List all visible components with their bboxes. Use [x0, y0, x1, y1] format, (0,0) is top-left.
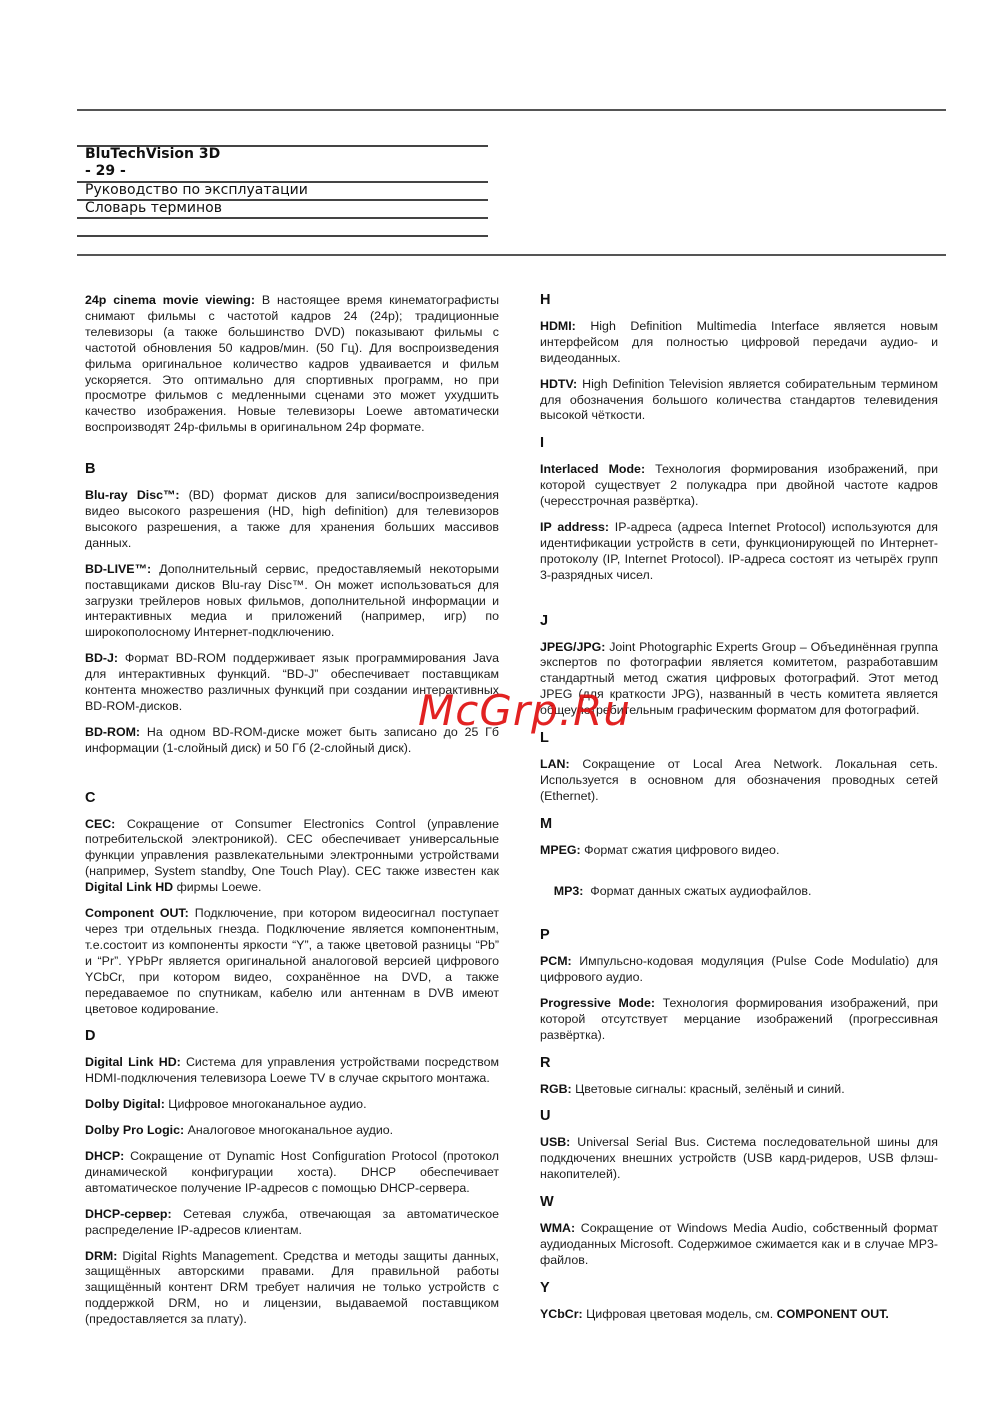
- glossary-term: BD-LIVE™:: [85, 562, 151, 576]
- glossary-term: JPEG/JPG:: [540, 640, 605, 654]
- glossary-entry: DHCP-сервер: Сетевая служба, отвечающая …: [85, 1207, 499, 1239]
- glossary-entry: IP address: IP-адреса (адреса Internet P…: [540, 520, 938, 584]
- watermark-logo: McGrp.Ru: [418, 686, 631, 735]
- glossary-crossref: COMPONENT OUT.: [777, 1307, 889, 1321]
- glossary-term: DHCP-сервер:: [85, 1207, 172, 1221]
- glossary-term: YCbCr:: [540, 1307, 583, 1321]
- glossary-term: RGB:: [540, 1082, 572, 1096]
- glossary-term: Digital Link HD:: [85, 1055, 181, 1069]
- top-rule: [77, 109, 946, 111]
- glossary-term: Component OUT:: [85, 906, 189, 920]
- glossary-entry: MPEG: Формат сжатия цифрового видео.: [540, 843, 938, 859]
- glossary-definition: Формат данных сжатых аудиофайлов.: [583, 884, 811, 898]
- glossary-definition: Сокращение от Dynamic Host Configuration…: [85, 1149, 499, 1195]
- glossary-entry: USB: Universal Serial Bus. Система после…: [540, 1135, 938, 1183]
- glossary-definition: Digital Rights Management. Средства и ме…: [85, 1249, 499, 1327]
- glossary-entry: Digital Link HD: Система для управления …: [85, 1055, 499, 1087]
- left-column: 24p cinema movie viewing: В настоящее вр…: [85, 293, 499, 1328]
- glossary-entry: Blu-ray Disc™: (BD) формат дисков для за…: [85, 488, 499, 552]
- glossary-entry: Component OUT: Подключение, при котором …: [85, 906, 499, 1017]
- letter-heading-b: B: [85, 462, 499, 478]
- glossary-term: HDMI:: [540, 319, 576, 333]
- glossary-entry: CEC: Сокращение от Consumer Electronics …: [85, 817, 499, 897]
- glossary-definition: Сокращение от Windows Media Audio, собст…: [540, 1221, 938, 1267]
- glossary-definition: Импульсно-кодовая модуляция (Pulse Code …: [540, 954, 938, 984]
- letter-heading-h: H: [540, 293, 938, 309]
- glossary-definition: Сокращение от Local Area Network. Локаль…: [540, 757, 938, 803]
- header-bottom-rule: [77, 254, 946, 256]
- glossary-term: MPEG:: [540, 843, 581, 857]
- glossary-term: WMA:: [540, 1221, 575, 1235]
- section-title: Словарь терминов: [85, 200, 222, 217]
- letter-heading-y: Y: [540, 1281, 938, 1297]
- glossary-term: USB:: [540, 1135, 570, 1149]
- glossary-entry: DRM: Digital Rights Management. Средства…: [85, 1249, 499, 1329]
- glossary-crossref: Digital Link HD: [85, 880, 173, 894]
- letter-heading-u: U: [540, 1109, 938, 1125]
- glossary-definition-tail: фирмы Loewe.: [173, 880, 261, 894]
- glossary-entry: HDTV: High Definition Television являетс…: [540, 377, 938, 425]
- glossary-term: CEC:: [85, 817, 115, 831]
- glossary-definition: Цифровое многоканальное аудио.: [165, 1097, 367, 1111]
- glossary-term: LAN:: [540, 757, 570, 771]
- glossary-term: Interlaced Mode:: [540, 462, 645, 476]
- glossary-entry: Interlaced Mode: Технология формирования…: [540, 462, 938, 510]
- glossary-definition: Формат сжатия цифрового видео.: [581, 843, 780, 857]
- letter-heading-c: C: [85, 791, 499, 807]
- glossary-entry: HDMI: High Definition Multimedia Interfa…: [540, 319, 938, 367]
- glossary-term: DHCP:: [85, 1149, 124, 1163]
- glossary-term: MP3:: [554, 884, 584, 898]
- glossary-entry: Progressive Mode: Технология формировани…: [540, 996, 938, 1044]
- glossary-entry: YCbCr: Цифровая цветовая модель, см. COM…: [540, 1307, 938, 1323]
- glossary-term: Blu-ray Disc™:: [85, 488, 180, 502]
- glossary-term: BD-J:: [85, 651, 118, 665]
- glossary-term: Dolby Pro Logic:: [85, 1123, 184, 1137]
- product-name: BluTechVision 3D: [85, 146, 220, 163]
- glossary-definition: High Definition Television является соби…: [540, 377, 938, 423]
- glossary-entry: PCM: Импульсно-кодовая модуляция (Pulse …: [540, 954, 938, 986]
- glossary-term: Dolby Digital:: [85, 1097, 165, 1111]
- glossary-entry: Dolby Pro Logic: Аналоговое многоканальн…: [85, 1123, 499, 1139]
- glossary-entry: DHCP: Сокращение от Dynamic Host Configu…: [85, 1149, 499, 1197]
- glossary-entry: BD-LIVE™: Дополнительный сервис, предост…: [85, 562, 499, 642]
- glossary-definition: Аналоговое многоканальное аудио.: [184, 1123, 393, 1137]
- letter-heading-p: P: [540, 928, 938, 944]
- glossary-term: Progressive Mode:: [540, 996, 655, 1010]
- glossary-entry: LAN: Сокращение от Local Area Network. Л…: [540, 757, 938, 805]
- letter-heading-d: D: [85, 1029, 499, 1045]
- letter-heading-w: W: [540, 1195, 938, 1211]
- glossary-definition: High Definition Multimedia Interface явл…: [540, 319, 938, 365]
- letter-heading-i: I: [540, 436, 938, 452]
- letter-heading-j: J: [540, 614, 938, 630]
- glossary-term: PCM:: [540, 954, 572, 968]
- glossary-term: DRM:: [85, 1249, 117, 1263]
- glossary-definition: Цифровая цветовая модель, см.: [583, 1307, 777, 1321]
- glossary-definition: В настоящее время кинематографисты снима…: [85, 293, 499, 434]
- glossary-term: IP address:: [540, 520, 609, 534]
- glossary-entry: RGB: Цветовые сигналы: красный, зелёный …: [540, 1082, 938, 1098]
- glossary-entry: Dolby Digital: Цифровое многоканальное а…: [85, 1097, 499, 1113]
- glossary-entry: WMA: Сокращение от Windows Media Audio, …: [540, 1221, 938, 1269]
- letter-heading-r: R: [540, 1056, 938, 1072]
- glossary-term: 24p cinema movie viewing:: [85, 293, 255, 307]
- header-rule: [77, 235, 488, 237]
- glossary-term: BD-ROM:: [85, 725, 140, 739]
- glossary-entry: MP3: Формат данных сжатых аудиофайлов.: [540, 868, 938, 916]
- manual-title: Руководство по эксплуатации: [85, 182, 308, 199]
- glossary-definition: Сокращение от Consumer Electronics Contr…: [85, 817, 499, 879]
- glossary-term: HDTV:: [540, 377, 577, 391]
- right-column: H HDMI: High Definition Multimedia Inter…: [540, 293, 938, 1323]
- glossary-entry: 24p cinema movie viewing: В настоящее вр…: [85, 293, 499, 436]
- header-rule: [77, 217, 488, 219]
- glossary-definition: Universal Serial Bus. Система последоват…: [540, 1135, 938, 1181]
- letter-heading-m: M: [540, 817, 938, 833]
- page-number: - 29 -: [85, 163, 126, 180]
- glossary-definition: Подключение, при котором видеосигнал пос…: [85, 906, 499, 1015]
- glossary-definition: Цветовые сигналы: красный, зелёный и син…: [572, 1082, 845, 1096]
